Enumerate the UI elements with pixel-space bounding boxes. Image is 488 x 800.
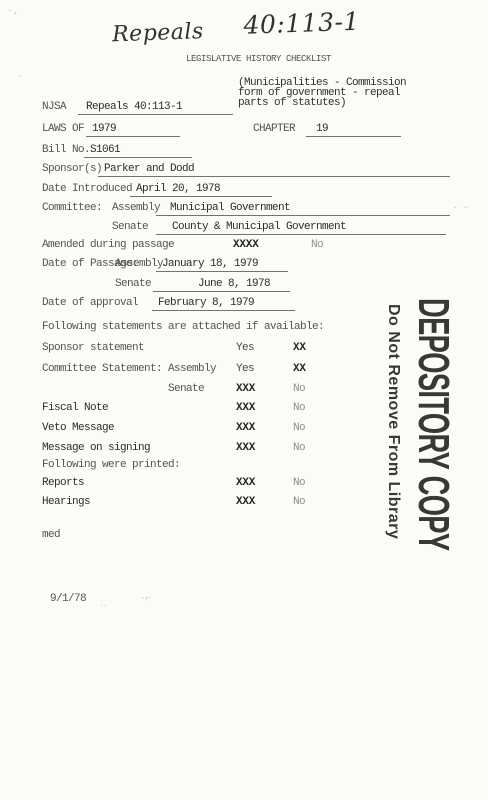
passage-senate-label: Senate (115, 278, 151, 290)
row-label: Reports (42, 477, 84, 489)
bill-number-value: S1061 (90, 144, 120, 156)
sponsors-value: Parker and Dodd (104, 163, 194, 175)
committee-assembly-value: Municipal Government (170, 202, 290, 214)
form-underline (152, 310, 295, 311)
no-value: No (293, 496, 305, 508)
yes-struck-mark: XXX (236, 496, 255, 508)
row-label: Veto Message (42, 422, 114, 434)
form-underline (84, 157, 192, 158)
statements-heading: Following statements are attached if ava… (42, 321, 324, 333)
form-underline (306, 136, 401, 137)
no-struck-mark: XX (293, 363, 306, 375)
row-label: Sponsor statement (42, 342, 144, 354)
handwritten-statute-number: 40:113-1 (243, 7, 360, 40)
handwritten-annotation: Repeals40:113-1 (112, 10, 361, 48)
sponsors-label: Sponsor(s) (42, 163, 102, 175)
form-underline (130, 196, 272, 197)
depository-stamp: DEPOSITORY COPY Do Not Remove From Libra… (359, 290, 455, 562)
field-bill-number: Bill No. S1061 (0, 144, 488, 158)
form-underline (98, 176, 450, 177)
no-struck-mark: XX (293, 342, 306, 354)
date-of-approval-value: February 8, 1979 (158, 297, 254, 309)
row-label: Committee Statement: (42, 363, 162, 375)
row-label: Message on signing (42, 442, 150, 454)
no-value: No (293, 402, 305, 414)
yes-struck-mark: XXX (236, 422, 255, 434)
no-value: No (293, 477, 305, 489)
form-underline (153, 291, 290, 292)
amended-label: Amended during passage (42, 239, 174, 251)
chapter-label: CHAPTER (253, 123, 295, 135)
committee-assembly-label: Assembly (112, 202, 160, 214)
field-laws-chapter: LAWS OF 1979 CHAPTER 19 (0, 123, 488, 137)
yes-struck-mark: XXX (236, 383, 255, 395)
committee-label: Committee: (42, 202, 102, 214)
bill-number-label: Bill No. (42, 144, 90, 156)
no-value: No (293, 442, 305, 454)
njsa-label: NJSA (42, 101, 66, 113)
date-introduced-label: Date Introduced (42, 183, 132, 195)
field-passage-assembly: Date of Passage: Assembly January 18, 19… (0, 258, 488, 272)
laws-of-value: 1979 (92, 123, 116, 135)
row-label: Hearings (42, 496, 90, 508)
committee-senate-label: Senate (112, 221, 148, 233)
date-introduced-value: April 20, 1978 (136, 183, 220, 195)
row-label: Fiscal Note (42, 402, 108, 414)
form-underline (156, 271, 288, 272)
row-sublabel: Assembly (168, 363, 216, 375)
no-value: No (293, 383, 305, 395)
form-underline (156, 234, 446, 235)
passage-assembly-value: January 18, 1979 (162, 258, 258, 270)
printed-heading: Following were printed: (42, 459, 180, 471)
stamp-do-not-remove-text: Do Not Remove From Library (385, 304, 401, 562)
document-title: LEGISLATIVE HISTORY CHECKLIST (186, 54, 331, 64)
laws-of-label: LAWS OF (42, 123, 84, 135)
field-sponsors: Sponsor(s) Parker and Dodd (0, 163, 488, 177)
chapter-value: 19 (316, 123, 328, 135)
passage-assembly-label: Assembly (115, 258, 163, 270)
field-amended-during-passage: Amended during passage XXXX No (0, 239, 488, 253)
field-date-introduced: Date Introduced April 20, 1978 (0, 183, 488, 197)
footer-date: 9/1/78 (50, 593, 86, 605)
yes-value: Yes (236, 342, 254, 354)
form-underline (78, 114, 233, 115)
passage-senate-value: June 8, 1978 (198, 278, 270, 290)
scan-artifact: ·‚ (7, 6, 18, 17)
yes-value: Yes (236, 363, 254, 375)
scan-artifact: · (17, 72, 22, 83)
field-committee-assembly: Committee: Assembly Municipal Government (0, 202, 488, 216)
handwritten-word-repeals: Repeals (112, 19, 204, 47)
amended-no-value: No (311, 239, 323, 251)
amended-yes-struck-mark: XXXX (233, 239, 259, 251)
form-underline (156, 215, 450, 216)
yes-struck-mark: XXX (236, 402, 255, 414)
no-value: No (293, 422, 305, 434)
committee-senate-value: County & Municipal Government (172, 221, 346, 233)
field-committee-senate: Senate County & Municipal Government (0, 221, 488, 235)
footer-date-line: 9/1/78 (0, 593, 488, 607)
njsa-value: Repeals 40:113-1 (86, 101, 182, 113)
legislative-history-checklist-document: ·‚ · - - ‥ ·⌐ Repeals40:113-1 LEGISLATIV… (0, 0, 488, 800)
date-of-approval-label: Date of approval (42, 297, 138, 309)
field-njsa: NJSA Repeals 40:113-1 (0, 101, 488, 115)
form-underline (86, 136, 180, 137)
typist-initials: med (42, 529, 60, 541)
stamp-depository-copy-text: DEPOSITORY COPY (411, 298, 455, 462)
yes-struck-mark: XXX (236, 477, 255, 489)
row-sublabel: Senate (168, 383, 204, 395)
yes-struck-mark: XXX (236, 442, 255, 454)
